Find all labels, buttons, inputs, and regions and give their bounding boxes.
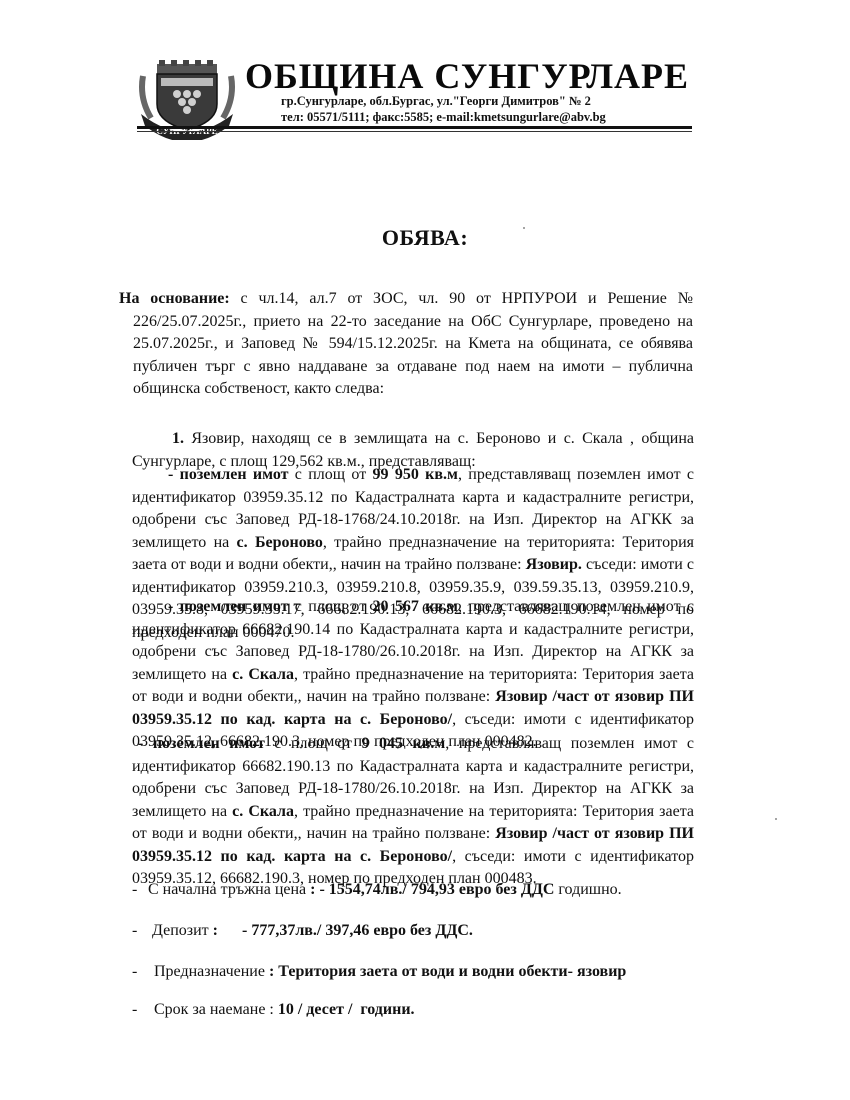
org-contacts[interactable]: тел: 05571/5111; факс:5585; e-mail:kmets… xyxy=(281,110,606,125)
org-name: ОБЩИНА СУНГУРЛАРЕ xyxy=(245,58,689,94)
letterhead-divider xyxy=(137,126,692,129)
scan-artifact xyxy=(775,818,777,820)
scan-artifact xyxy=(523,227,525,229)
plot-emphasis: - поземлен имот xyxy=(168,466,288,483)
plot-emphasis: 20 567 кв.м xyxy=(373,598,458,615)
plot-emphasis: - поземлен имот xyxy=(168,598,288,615)
letterhead-divider-thin xyxy=(137,131,692,132)
basis-label: На основание: xyxy=(119,290,230,307)
term-lease-period: - Срок за наемане : 10 / десет / години. xyxy=(132,1000,415,1020)
term-deposit: - Депозит : - 777,37лв./ 397,46 евро без… xyxy=(132,921,473,941)
plot-text: с площ от xyxy=(288,466,372,483)
plot-emphasis: 99 950 кв.м xyxy=(373,466,458,483)
org-address: гр.Сунгурларе, обл.Бургас, ул."Георги Ди… xyxy=(281,94,591,109)
term-starting-price: - С начална тръжна цена : - 1554,74лв./ … xyxy=(132,880,622,900)
plot-emphasis: с. Бероново xyxy=(237,534,323,551)
plot-emphasis: с. Скала xyxy=(232,803,294,820)
plot-emphasis: 9 045 кв.м xyxy=(362,735,446,752)
page-title: ОБЯВА: xyxy=(0,225,850,251)
basis-paragraph: На основание: с чл.14, ал.7 от ЗОС, чл. … xyxy=(133,288,693,401)
term-purpose: - Предназначение : Територия заета от во… xyxy=(132,962,626,982)
plot-emphasis: с. Скала xyxy=(232,666,294,683)
plot-text: с площ от xyxy=(288,598,372,615)
item-number: 1. xyxy=(172,430,184,447)
plot-paragraph-2: - поземлен имот с площ от 20 567 кв.м, п… xyxy=(132,596,694,754)
plot-text: с площ от xyxy=(265,735,362,752)
plot-emphasis: Язовир. xyxy=(526,556,582,573)
plot-paragraph-3: - поземлен имот с площ от 9 045 кв.м, пр… xyxy=(132,733,694,891)
plot-emphasis: - поземлен имот xyxy=(138,735,265,752)
letterhead: СУНГУРЛАРЕ ОБЩИНА СУНГУРЛАРЕ гр.Сунгурла… xyxy=(133,52,693,132)
